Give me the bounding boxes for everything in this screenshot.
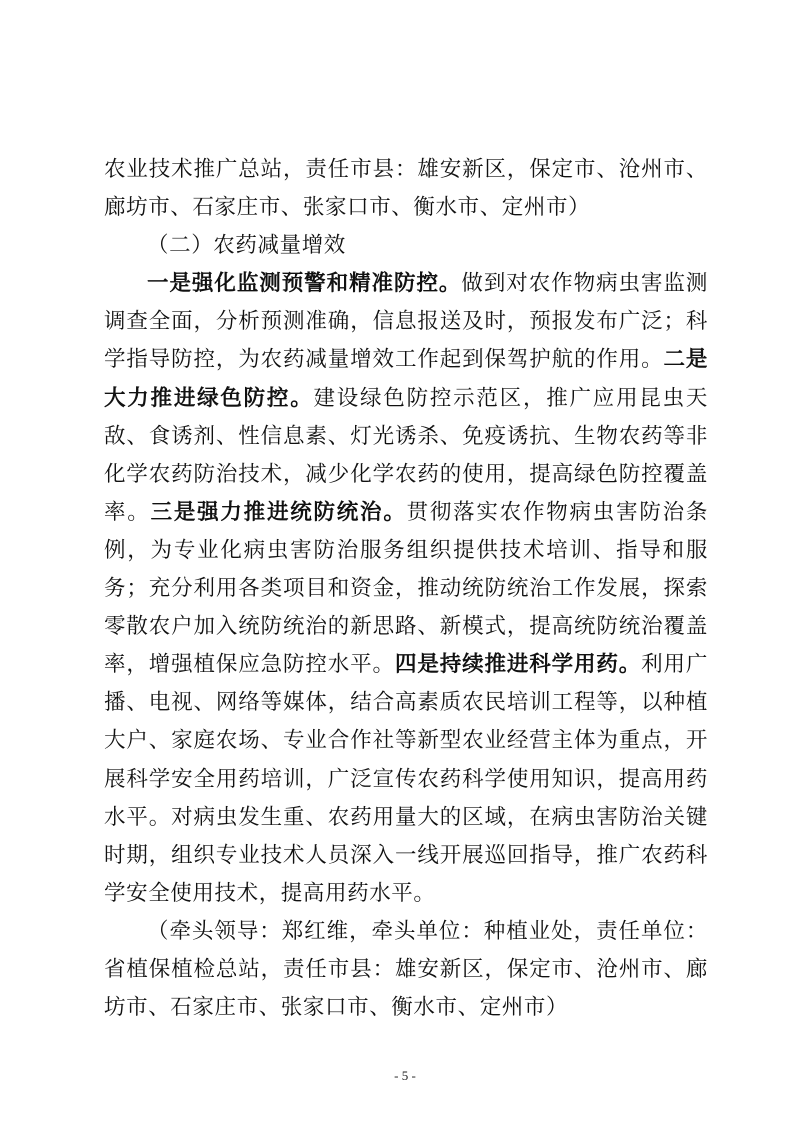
point-three-text: 贯彻落实农作物病虫害防治条例，为专业化病虫害防治服务组织提供技术培训、指导和服务…	[104, 500, 708, 677]
point-three-heading: 三是强力推进统防统治。	[151, 500, 407, 525]
point-four-heading: 四是持续推进科学用药。	[395, 652, 641, 677]
point-four-text: 利用广播、电视、网络等媒体，结合高素质农民培训工程等，以种植大户、家庭农场、专业…	[104, 652, 708, 906]
responsibility-paragraph: （牵头领导：郑红维，牵头单位：种植业处，责任单位：省植保植检总站，责任市县：雄安…	[104, 913, 708, 1027]
page-number: - 5 -	[0, 1068, 810, 1084]
document-page: 农业技术推广总站，责任市县：雄安新区，保定市、沧州市、廊坊市、石家庄市、张家口市…	[0, 0, 810, 1148]
section-heading: （二）农药减量增效	[104, 227, 708, 265]
main-paragraph: 一是强化监测预警和精准防控。做到对农作物病虫害监测调查全面，分析预测准确，信息报…	[104, 265, 708, 913]
point-one-heading: 一是强化监测预警和精准防控。	[147, 271, 461, 296]
continuation-paragraph: 农业技术推广总站，责任市县：雄安新区，保定市、沧州市、廊坊市、石家庄市、张家口市…	[104, 151, 708, 227]
document-body: 农业技术推广总站，责任市县：雄安新区，保定市、沧州市、廊坊市、石家庄市、张家口市…	[104, 151, 708, 1027]
